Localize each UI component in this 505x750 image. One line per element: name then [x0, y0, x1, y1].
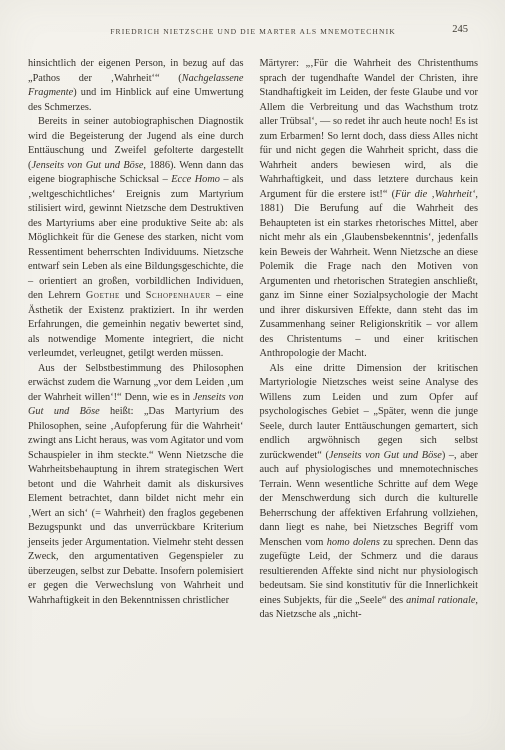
page-number: 245 — [452, 24, 468, 35]
text-run: , 1881) Die Berufung auf die Wahrheit de… — [260, 189, 479, 360]
smallcaps-text-run: Goethe — [86, 290, 120, 301]
left-column: hinsichtlich der eigenen Person, in bezu… — [28, 57, 244, 623]
smallcaps-text-run: Schopenhauer — [146, 290, 211, 301]
paragraph: Als eine dritte Dimension der kritischen… — [260, 362, 479, 623]
text-run: Als eine dritte Dimension der kritischen… — [260, 363, 479, 461]
italic-text-run: Jenseits von Gut und Böse — [31, 160, 143, 171]
text-columns: hinsichtlich der eigenen Person, in bezu… — [28, 57, 478, 623]
italic-text-run: Für die ‚Wahrheit‘ — [395, 189, 475, 200]
text-run: Märtyrer: „‚Für die Wahrheit des Christe… — [260, 58, 479, 200]
paragraph: Märtyrer: „‚Für die Wahrheit des Christe… — [260, 57, 479, 362]
text-run: heißt: „Das Martyrium des Philosophen, s… — [28, 406, 244, 606]
paragraph: Aus der Selbstbestimmung des Philosophen… — [28, 362, 244, 609]
book-page: FRIEDRICH NIETZSCHE UND DIE MARTER ALS M… — [0, 0, 505, 750]
right-column: Märtyrer: „‚Für die Wahrheit des Christe… — [260, 57, 479, 623]
paragraph: hinsichtlich der eigenen Person, in bezu… — [28, 57, 244, 115]
paragraph: Bereits in seiner autobiographischen Dia… — [28, 115, 244, 362]
italic-text-run: homo dolens — [327, 537, 380, 548]
italic-text-run: Jenseits von Gut und Böse — [329, 450, 442, 461]
running-header: FRIEDRICH NIETZSCHE UND DIE MARTER ALS M… — [28, 24, 478, 42]
running-header-title: FRIEDRICH NIETZSCHE UND DIE MARTER ALS M… — [28, 27, 478, 36]
text-run: und — [120, 290, 146, 301]
italic-text-run: animal rationale — [406, 595, 475, 606]
text-run: ) –, aber auch auf physiologisches und m… — [260, 450, 479, 548]
text-run: – als ‚weltgeschichtliches‘ Ereignis zum… — [28, 174, 244, 301]
italic-text-run: Ecce Homo — [171, 174, 220, 185]
